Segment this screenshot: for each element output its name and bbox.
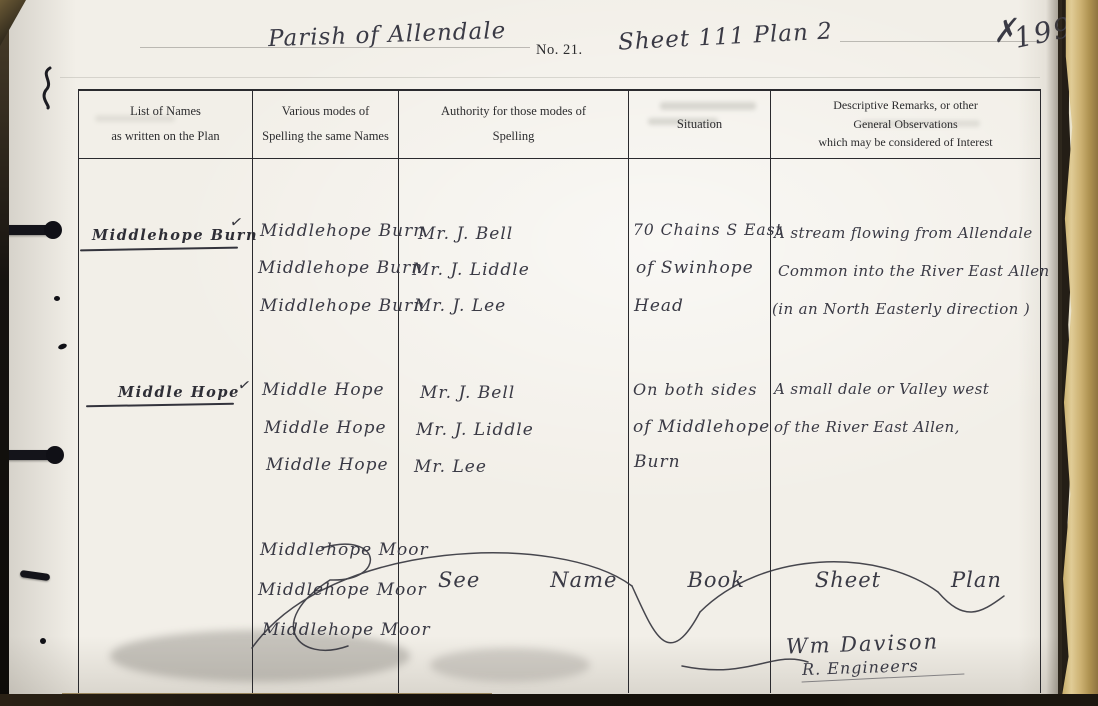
- spelling-entry: Middlehope Burn: [260, 221, 425, 241]
- page-number-label: No. 21.: [536, 42, 583, 59]
- situation-line: of Middlehope: [633, 417, 770, 437]
- entry-name: Middle Hope: [118, 384, 240, 401]
- table-top-border: [78, 89, 1040, 91]
- table-header-divider: [78, 158, 1040, 159]
- ink-squiggle: [36, 66, 62, 110]
- spelling-entry: Middle Hope: [266, 455, 389, 475]
- column-header-names: List of Names as written on the Plan: [79, 92, 252, 156]
- authority-entry: Mr. J. Bell: [420, 383, 515, 403]
- page-left-edge: [0, 0, 9, 706]
- authority-entry: Mr. J. Lee: [414, 296, 506, 316]
- ink-speck: [54, 296, 60, 301]
- header-line: General Observations: [853, 115, 957, 134]
- spelling-entry: Middlehope Burn: [260, 296, 425, 316]
- page-bottom-shadow: [0, 694, 1098, 706]
- authority-entry: Mr. Lee: [414, 457, 487, 477]
- column-header-authority: Authority for those modes of Spelling: [399, 92, 628, 156]
- column-header-spelling: Various modes of Spelling the same Names: [253, 92, 398, 156]
- table-vline: [78, 89, 79, 693]
- remark-line: A small dale or Valley west: [774, 380, 989, 398]
- header-line: as written on the Plan: [111, 124, 219, 149]
- header-line: Spelling: [493, 124, 535, 149]
- authority-entry: Mr. J. Liddle: [412, 260, 530, 280]
- authority-entry: Mr. J. Liddle: [416, 420, 534, 440]
- remark-line: (in an North Easterly direction ): [772, 300, 1030, 318]
- spelling-entry: Middlehope Burn: [258, 258, 423, 278]
- page-edge-shadow: [1046, 0, 1062, 706]
- column-header-situation: Situation: [629, 92, 770, 156]
- binding-knot: [44, 221, 62, 239]
- ghost-rule: [60, 77, 1040, 78]
- header-line: List of Names: [130, 99, 201, 124]
- spelling-entry: Middle Hope: [262, 380, 385, 400]
- situation-line: of Swinhope: [636, 258, 754, 278]
- scanned-name-book-page: Parish of Allendale No. 21. Sheet 111 Pl…: [0, 0, 1098, 706]
- remark-line: of the River East Allen,: [774, 418, 960, 436]
- header-line: which may be considered of Interest: [818, 133, 992, 152]
- authority-entry: Mr. J. Bell: [418, 224, 513, 244]
- situation-line: Head: [634, 296, 684, 316]
- binding-knot: [46, 446, 64, 464]
- header-line: Descriptive Remarks, or other: [833, 96, 978, 115]
- situation-line: On both sides: [633, 380, 757, 399]
- header-line: Situation: [677, 117, 722, 132]
- spelling-entry: Middle Hope: [264, 418, 387, 438]
- remark-line: A stream flowing from Allendale: [774, 224, 1033, 242]
- header-line: Various modes of: [282, 99, 370, 124]
- situation-line: 70 Chains S East: [633, 221, 783, 239]
- column-header-remarks: Descriptive Remarks, or other General Ob…: [771, 92, 1040, 156]
- ink-speck: [40, 638, 46, 644]
- pen-flourish: [230, 520, 1050, 706]
- header-line: Spelling the same Names: [262, 124, 389, 149]
- remark-line: Common into the River East Allen: [778, 262, 1050, 280]
- header-line: Authority for those modes of: [441, 99, 586, 124]
- situation-line: Burn: [634, 452, 681, 472]
